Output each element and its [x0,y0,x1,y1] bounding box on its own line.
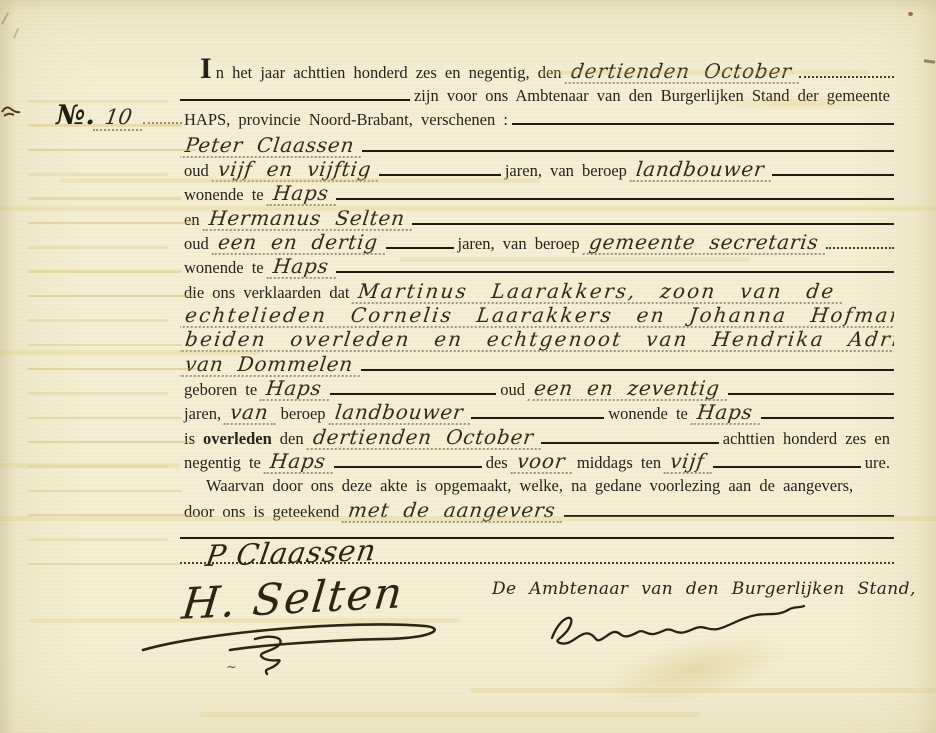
handwritten-text: vijf [664,451,714,474]
fill-rule [336,185,894,200]
printed-text: des [482,453,512,473]
fill-rule [713,453,861,468]
aging-streak [0,463,180,468]
act-number-value: 10 [93,105,146,131]
fill-rule [334,453,482,468]
document-line: wonende teHaps [180,183,894,207]
handwritten-text: vijf en vijftig [211,159,380,182]
fill-rule [564,502,894,517]
fill-rule [361,356,894,371]
aging-streak [28,197,182,200]
aging-streak [28,295,196,298]
document-line: van Dommelen [180,354,894,378]
aging-streak [28,490,182,493]
paper-speck [924,59,935,64]
document-line: Waarvan door ons deze akte is opgemaakt,… [180,476,894,500]
aging-streak [28,173,168,176]
printed-text: jaren, van beroep [454,234,584,254]
handwritten-text: dertienden October [306,427,542,450]
aging-streak [28,392,168,395]
handwritten-text: met de aangevers [342,500,565,523]
dotted-rule [799,63,894,78]
dotted-rule [826,234,894,249]
fill-rule [386,234,454,249]
handwritten-text: gemeente secretaris [582,232,827,255]
document-line: die ons verklaarden datMartinus Laarakke… [180,281,894,305]
printed-text: die ons verklaarden dat [180,283,353,303]
document-line: enHermanus Selten [180,208,894,232]
document-line: In het jaar achttien honderd zes en nege… [180,54,894,86]
death-certificate-scan: №. 10 In het jaar achttien honderd zes e… [0,0,936,733]
printed-text: is [180,429,199,449]
printed-text: achttien honderd zes en [719,429,894,449]
paper-speck [1,12,9,24]
handwritten-text: Peter Claassen [180,135,364,158]
aging-streak [28,246,168,249]
document-line: Peter Claassen [180,135,894,159]
aging-streak [28,149,196,152]
printed-text: oud [180,234,213,254]
aging-streak [200,712,700,717]
fill-rule [471,404,604,419]
aging-streak [28,441,196,444]
document-line: jaren,vanberoeplandbouwerwonende teHaps [180,402,894,426]
aging-streak [28,563,182,566]
handwritten-text: Martinus Laarakkers, zoon van de [352,281,845,304]
handwritten-text: landbouwer [328,402,472,425]
fill-rule [379,161,501,176]
witness-signature-claassen: P Claassen [203,533,379,573]
printed-text: wonende te [180,258,268,278]
printed-text: ure. [861,453,894,473]
aging-streak [28,465,168,468]
official-signature-scrawl [542,598,812,653]
handwritten-text: Haps [690,402,761,425]
handwritten-text: Hermanus Selten [202,208,414,231]
aging-streak [28,417,182,420]
aging-streak [28,222,196,225]
fill-rule [330,380,496,395]
printed-text: beroep [277,404,330,424]
handwritten-text: Haps [266,183,337,206]
fill-rule [761,404,894,419]
handwritten-text: Haps [266,256,337,279]
document-line: oudvijf en vijftigjaren, van beroeplandb… [180,159,894,183]
initial-capital: I [198,54,212,84]
handwritten-text: Haps [260,378,331,401]
printed-text: oud [496,380,529,400]
printed-text: HAPS, provincie Noord-Brabant, verschene… [180,110,512,130]
handwritten-text: dertienden October [564,61,800,84]
document-line: zijn voor ons Ambtenaar van den Burgerli… [180,86,894,110]
handwritten-text: van [224,402,278,425]
printed-text: Waarvan door ons deze akte is opgemaakt,… [202,476,857,496]
printed-text: zijn voor ons Ambtenaar van den Burgerli… [410,86,894,106]
ink-blot [0,102,24,120]
fill-rule [362,137,894,152]
fill-rule [180,86,410,101]
handwritten-text: een en dertig [211,232,387,255]
fill-rule [541,429,719,444]
printed-text: oud [180,161,213,181]
handwritten-text: Haps [263,451,334,474]
aging-streak [28,368,196,371]
handwritten-text: van Dommelen [180,354,362,377]
fill-rule [336,258,894,273]
handwritten-text: beiden overleden en echtgenoot van Hendr… [180,329,894,352]
printed-text: en [180,210,204,230]
fill-rule [412,210,894,225]
paper-speck [13,28,19,39]
act-number-label: №. [56,100,95,131]
document-line: beiden overleden en echtgenoot van Hendr… [180,329,894,353]
aging-streak [28,538,168,541]
printed-text: jaren, van beroep [501,161,631,181]
document-line: oudeen en dertigjaren, van beroepgemeent… [180,232,894,256]
paper-speck [908,12,913,16]
aging-streak [470,688,936,693]
document-line: HAPS, provincie Noord-Brabant, verschene… [180,110,894,134]
printed-text: negentig te [180,453,265,473]
printed-text-bold: overleden [199,429,276,449]
official-title-caption: De Ambtenaar van den Burgerlijken Stand, [492,579,916,599]
printed-text: jaren, [180,404,225,424]
aging-streak [28,514,196,517]
handwritten-text: echtelieden Cornelis Laarakkers en Johan… [180,305,894,328]
printed-text: middags ten [573,453,665,473]
handwritten-text: een en zeventig [528,378,729,401]
document-line: isoverledendendertienden Octoberachttien… [180,427,894,451]
printed-text: door ons is geteekend [180,502,343,522]
document-body: In het jaar achttien honderd zes en nege… [180,54,894,573]
dotted-rule [143,110,182,124]
handwritten-text: landbouwer [630,159,774,182]
fill-rule [512,110,894,125]
document-line: negentig teHapsdesvoormiddags tenvijfure… [180,451,894,475]
printed-text: geboren te [180,380,261,400]
signature-flourish [135,612,455,682]
printed-text: wonende te [180,185,268,205]
printed-text: wonende te [604,404,692,424]
document-line: wonende teHaps [180,256,894,280]
aging-streak [28,344,182,347]
document-line: echtelieden Cornelis Laarakkers en Johan… [180,305,894,329]
act-number: №. 10 [56,100,182,131]
fill-rule [728,380,894,395]
handwritten-text: voor [510,451,574,474]
aging-streak [28,319,168,322]
document-line: geboren teHapsoudeen en zeventig [180,378,894,402]
document-line: door ons is geteekendmet de aangevers [180,500,894,524]
printed-text: den [276,429,308,449]
aging-streak [28,270,182,273]
fill-rule [772,161,894,176]
printed-text: n het jaar achttien honderd zes en negen… [212,63,566,83]
